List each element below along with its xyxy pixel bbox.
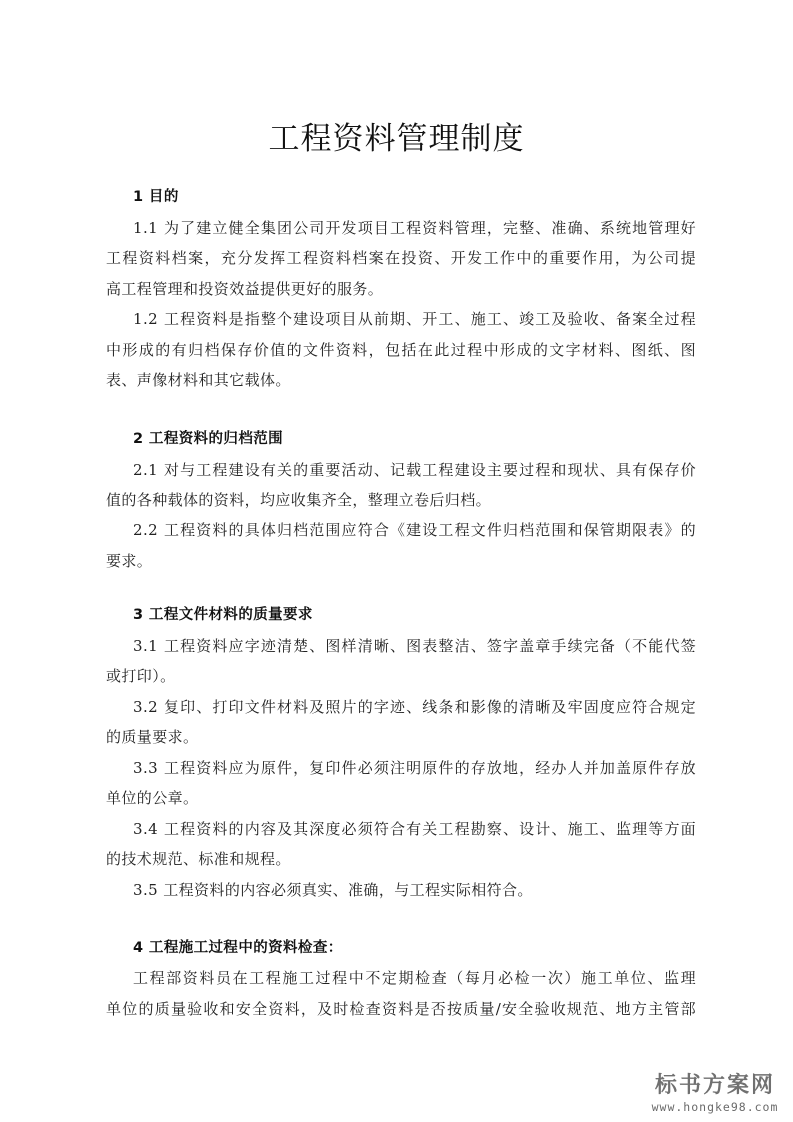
watermark-url: www.hongke98.com xyxy=(640,1100,790,1114)
paragraph-line: 表、声像材料和其它载体。 xyxy=(106,369,696,390)
paragraph-line: 或打印）。 xyxy=(106,665,696,686)
paragraph-line: 3.1 工程资料应字迹清楚、图样清晰、图表整洁、签字盖章手续完备（不能代签 xyxy=(133,635,696,656)
paragraph-line: 1.1 为了建立健全集团公司开发项目工程资料管理，完整、准确、系统地管理好 xyxy=(133,217,696,238)
paragraph-line: 3.4 工程资料的内容及其深度必须符合有关工程勘察、设计、施工、监理等方面 xyxy=(133,818,696,839)
paragraph-line: 3.3 工程资料应为原件，复印件必须注明原件的存放地，经办人并加盖原件存放 xyxy=(133,757,696,778)
paragraph-line: 工程资料档案，充分发挥工程资料档案在投资、开发工作中的重要作用，为公司提 xyxy=(106,247,696,268)
watermark: 标书方案网 www.hongke98.com xyxy=(640,1068,790,1114)
paragraph-line: 的质量要求。 xyxy=(106,726,696,747)
paragraph-line: 单位的质量验收和安全资料，及时检查资料是否按质量/安全验收规范、地方主管部 xyxy=(106,998,696,1019)
section-heading: 3 工程文件材料的质量要求 xyxy=(133,603,696,624)
paragraph-line: 3.5 工程资料的内容必须真实、准确，与工程实际相符合。 xyxy=(133,879,696,900)
paragraph-line: 工程部资料员在工程施工过程中不定期检查（每月必检一次）施工单位、监理 xyxy=(133,967,696,988)
section-heading: 2 工程资料的归档范围 xyxy=(133,427,696,448)
paragraph-line: 单位的公章。 xyxy=(106,787,696,808)
paragraph-line: 要求。 xyxy=(106,550,696,571)
paragraph-line: 2.1 对与工程建设有关的重要活动、记载工程建设主要过程和现状、具有保存价 xyxy=(133,459,696,480)
paragraph-line: 中形成的有归档保存价值的文件资料，包括在此过程中形成的文字材料、图纸、图 xyxy=(106,339,696,360)
paragraph-line: 高工程管理和投资效益提供更好的服务。 xyxy=(106,278,696,299)
section-heading: 4 工程施工过程中的资料检查： xyxy=(133,936,696,957)
section-heading: 1 目的 xyxy=(133,185,696,206)
paragraph-line: 1.2 工程资料是指整个建设项目从前期、开工、施工、竣工及验收、备案全过程 xyxy=(133,308,696,329)
paragraph-line: 2.2 工程资料的具体归档范围应符合《建设工程文件归档范围和保管期限表》的 xyxy=(133,519,696,540)
watermark-brand: 标书方案网 xyxy=(640,1068,790,1099)
paragraph-line: 3.2 复印、打印文件材料及照片的字迹、线条和影像的清晰及牢固度应符合规定 xyxy=(133,696,696,717)
page-title: 工程资料管理制度 xyxy=(0,113,793,158)
paragraph-line: 的技术规范、标准和规程。 xyxy=(106,848,696,869)
paragraph-line: 值的各种载体的资料，均应收集齐全，整理立卷后归档。 xyxy=(106,489,696,510)
